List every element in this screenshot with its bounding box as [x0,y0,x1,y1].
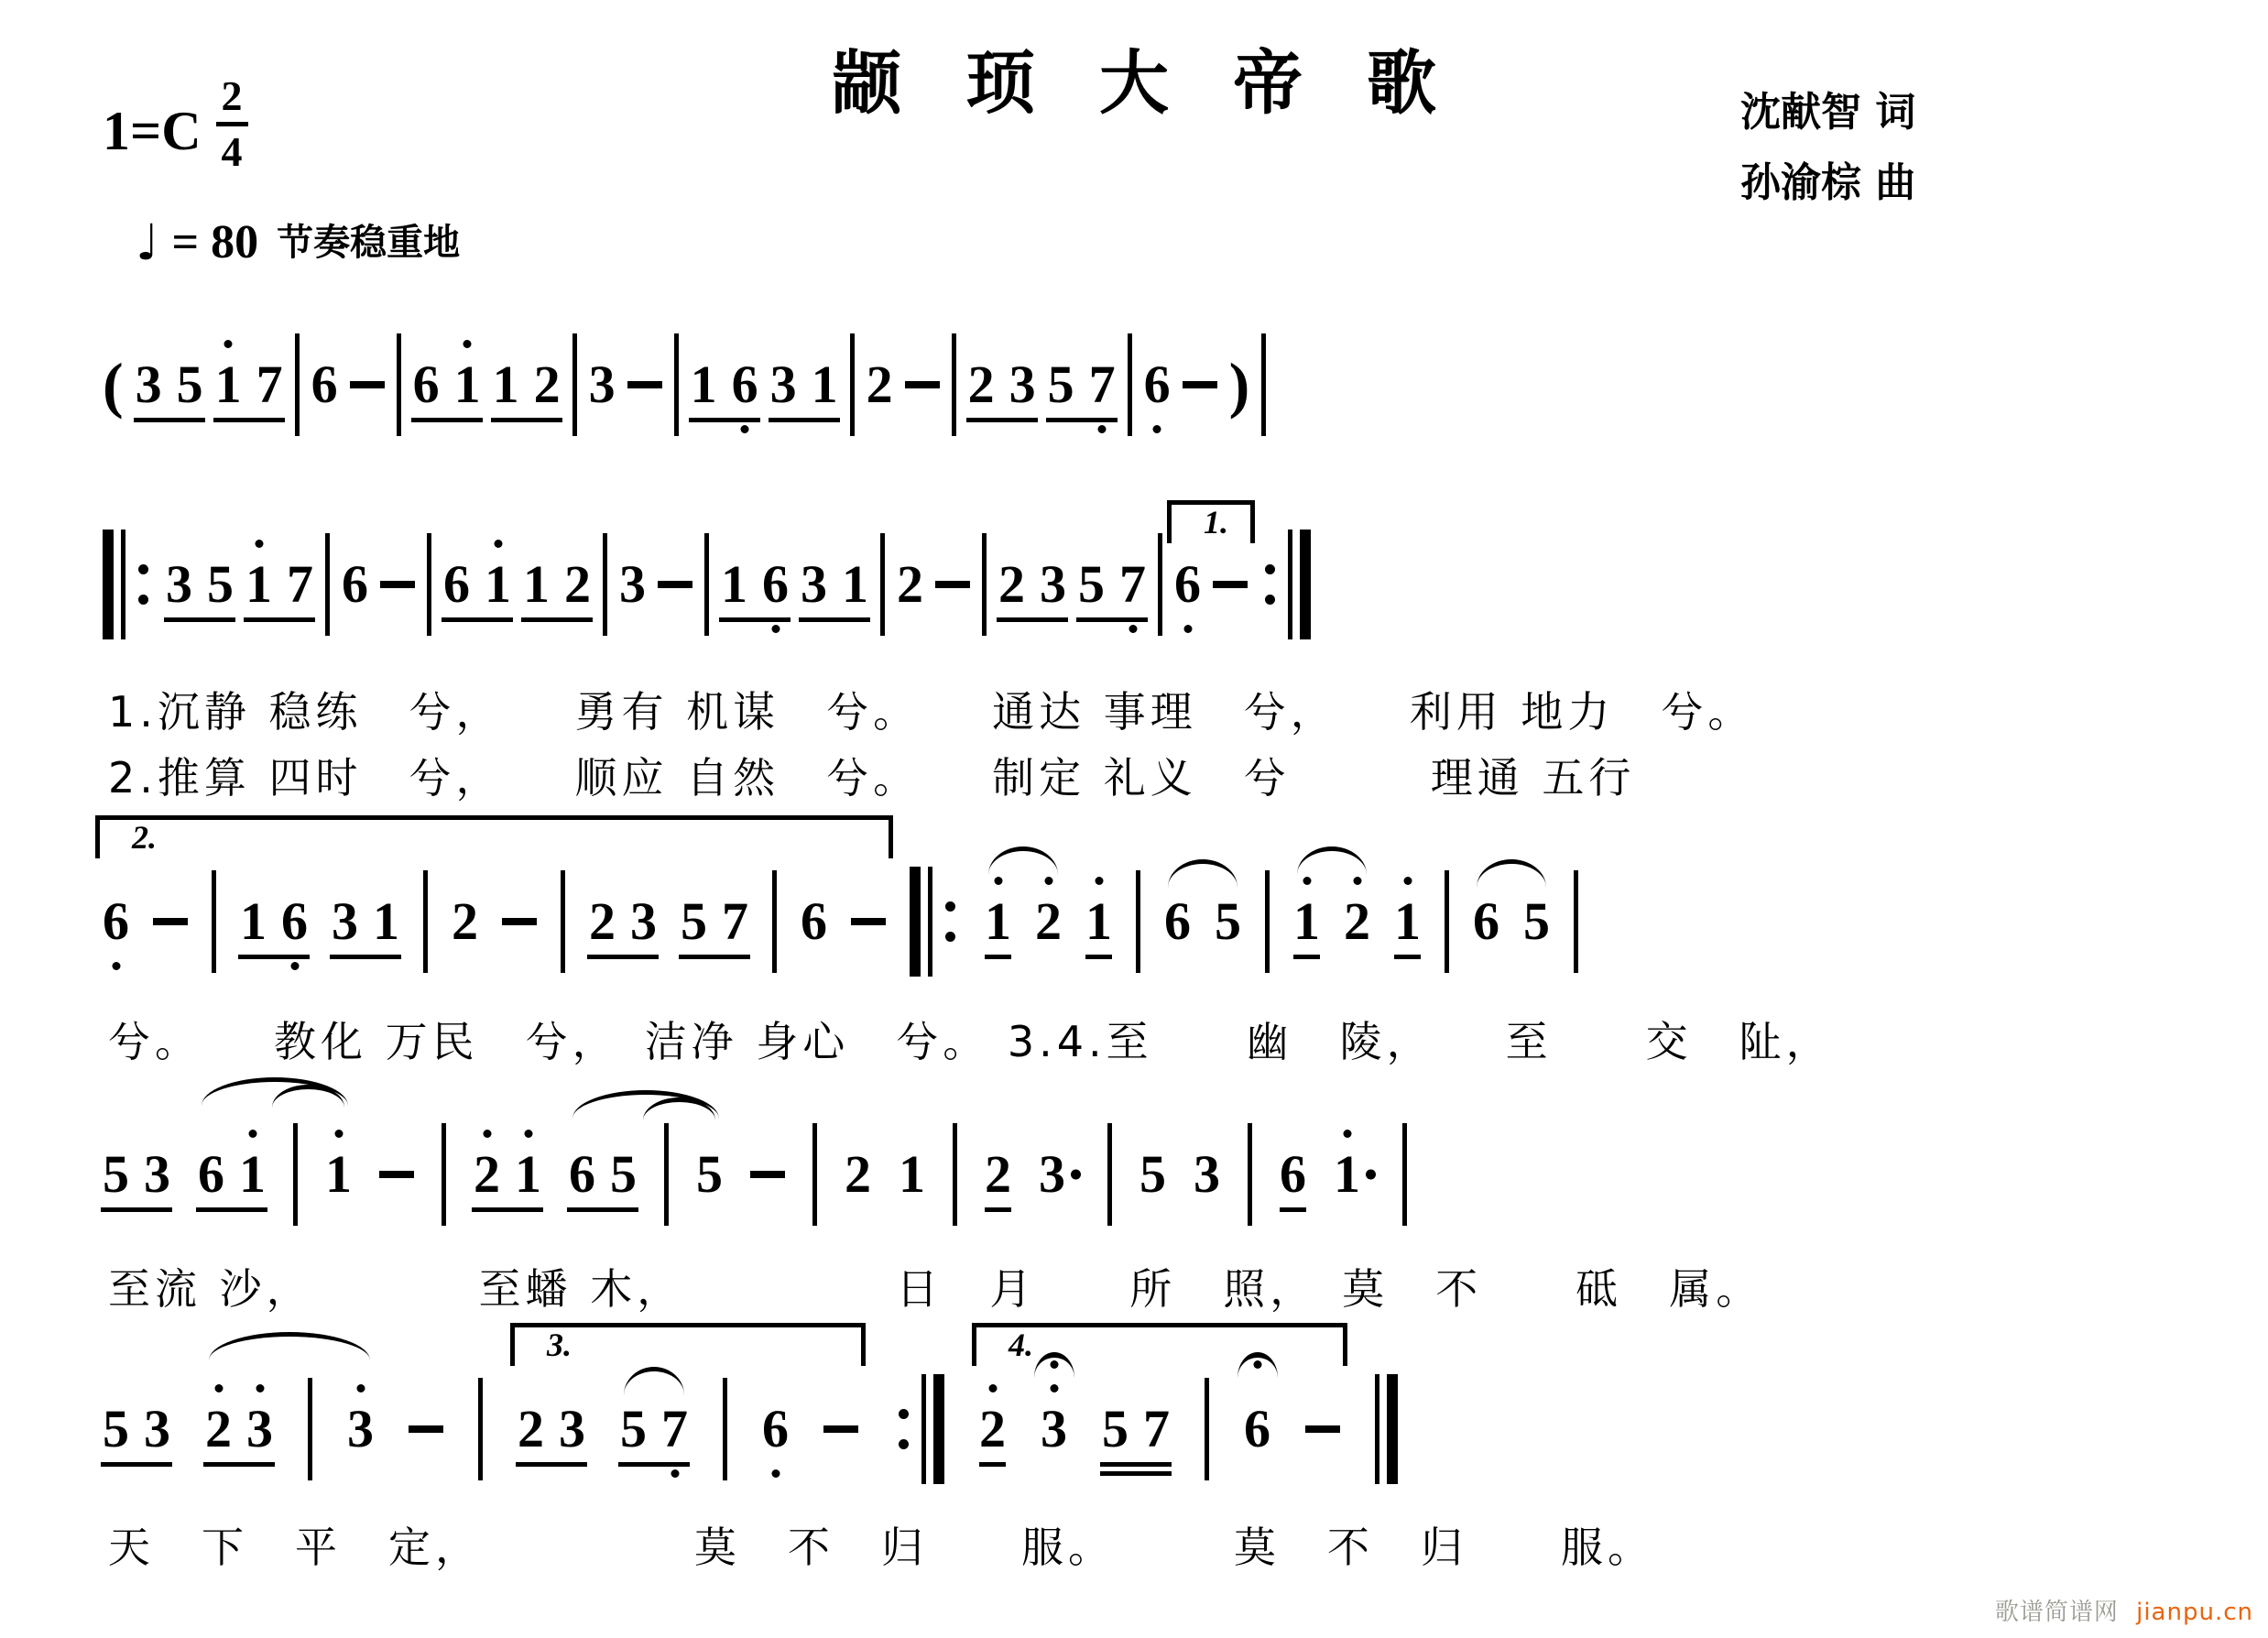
note-1: 1 [454,355,481,414]
note-3: 3 [136,355,162,414]
note-digit: 2 [985,1148,1011,1201]
note-5: 5 [620,1400,647,1458]
note-7: 7 [256,355,283,414]
octave-dot-high [224,340,233,348]
repeat-dot [138,595,148,605]
note-digit: 2 [205,1403,232,1456]
note-3: 3 [332,892,358,951]
barline [880,533,885,636]
octave-dot-low [1183,625,1192,633]
note-1: 1 [515,1145,541,1204]
barline [325,533,330,636]
note-digit: 3 [166,558,192,611]
barline [442,1123,446,1226]
note-7: 7 [1089,355,1116,414]
key-signature: 1=C 2 4 [103,88,248,173]
repeat-dots [138,564,148,605]
note-digit: 1 [721,558,747,611]
note-digit: 7 [287,558,313,611]
score-page: 颛顼大帝歌 1=C 2 4 ♩ = 80 节奏稳重地 沈献智 词 孙渝棕 曲 (… [0,0,2268,1638]
octave-dot-high [1303,877,1311,885]
note-digit: 6 [443,558,470,611]
beam-group: 12 [523,555,591,614]
octave-dot-high [483,1130,491,1138]
barline [293,1123,298,1226]
beam-group: 23 [518,1400,585,1458]
volta-number: 1. [1204,506,1228,539]
note-5: 5 [1048,355,1074,414]
note-6: 6 [443,555,470,614]
octave-dot-low [741,425,749,433]
repeat-dot [945,901,955,912]
note-digit: 3 [144,1148,170,1201]
barline [1445,870,1449,973]
beam-line [997,617,1068,622]
composer-credit: 孙渝棕 曲 [1740,147,1915,218]
time-signature-numerator: 2 [216,75,248,126]
octave-dot-high [494,540,502,548]
note-digit: 3 [589,358,616,411]
note-group: 65 [1164,892,1241,951]
repeat-dot [1265,595,1275,605]
beam-group: 57 [681,892,748,951]
final-barline [1375,1374,1398,1484]
thin-bar [1288,530,1292,639]
note-1: 1 [1394,892,1421,951]
repeat-start-barline [103,530,154,639]
key-label: 1=C [103,104,202,158]
note-3: 3 [144,1400,170,1458]
note-digit: 1 [325,1148,352,1201]
note-3: 3 [1039,1145,1065,1204]
note-digit: 3 [1194,1148,1220,1201]
octave-dot-high [1403,877,1412,885]
note-digit: 1 [215,358,242,411]
barline [478,1378,483,1480]
dash-continuation [379,1171,414,1178]
octave-dot-low [771,625,780,633]
sheet-music-page: { "header": { "title": "颛顼大帝歌", "key_lab… [0,0,2268,1638]
note-digit: 1 [523,558,550,611]
repeat-dot [899,1409,909,1419]
note-1: 1 [1334,1145,1360,1204]
note-digit: 5 [207,558,234,611]
beam-line [1100,1462,1172,1467]
thin-bar [921,1374,926,1484]
beam-line [101,1207,172,1212]
note-digit: 6 [732,358,758,411]
beam-line [521,617,593,622]
note-1: 1 [812,355,838,414]
beam-line [196,1207,267,1212]
note-3: 3 [770,355,797,414]
note-5: 5 [103,1400,129,1458]
note-6: 6 [1280,1145,1306,1204]
volta-group: 616312235762. [103,870,886,973]
dash-continuation [905,381,940,388]
note-1: 1 [215,355,242,414]
barline [704,533,709,636]
watermark-site-url: jianpu.cn [2136,1599,2253,1626]
note-digit: 5 [1078,558,1105,611]
thin-bar [1375,1374,1379,1484]
note-6: 6 [569,1145,595,1204]
note-digit: 6 [569,1148,595,1201]
octave-dot-low [771,1469,780,1478]
repeat-dot [899,1439,909,1449]
note-1: 1 [325,1145,352,1204]
beam-group: 57 [1102,1400,1170,1458]
beam-line [587,955,659,959]
beam-group: 57 [1078,555,1146,614]
note-digit: 2 [534,358,561,411]
note-digit: 5 [620,1403,647,1456]
note-7: 7 [722,892,748,951]
lyricist-credit: 沈献智 词 [1740,77,1915,147]
slur-arc [1168,859,1238,888]
beam-group: 35 [136,355,203,414]
beam-group: 35 [166,555,234,614]
beam-line [164,617,235,622]
note-1: 1 [245,555,272,614]
volta-number: 3. [547,1328,572,1361]
slur-arc [624,1367,684,1395]
octave-dot-low [1153,425,1161,433]
barline [1158,533,1162,636]
beam-line [134,418,205,422]
note-digit: 3 [1039,1148,1065,1201]
dash-continuation [502,918,537,925]
note-digit: 5 [177,358,203,411]
note-2: 2 [985,1145,1011,1204]
note-digit: 3 [630,895,657,948]
octave-dot-high [1353,877,1361,885]
note-digit: 5 [1102,1403,1129,1456]
note-group: 12 [985,892,1062,951]
barline [603,533,607,636]
note-1: 1 [239,1145,266,1204]
repeat-end-barline [893,1374,944,1484]
note-6: 6 [762,555,789,614]
beam-group: 12 [493,355,561,414]
note-digit: 7 [1089,358,1116,411]
note-2: 2 [979,1400,1006,1458]
barline [1265,870,1270,973]
octave-dot-low [290,962,299,970]
beam-group: 53 [103,1400,170,1458]
note-3: 3 [559,1400,585,1458]
note-2: 2 [998,555,1025,614]
credits: 沈献智 词 孙渝棕 曲 [1740,77,1915,218]
note-digit: 6 [103,895,129,948]
volta-bracket [95,815,893,858]
note-2: 2 [589,892,616,951]
beam-line-2 [1100,1471,1172,1476]
note-digit: 1 [493,358,519,411]
beam-line [238,955,310,959]
repeat-end-barline [1259,530,1311,639]
note-digit: 1 [1394,895,1421,948]
barline [664,1123,669,1226]
octave-dot-high [463,340,472,348]
note-7: 7 [661,1400,688,1458]
note-digit: 2 [564,558,591,611]
note-digit: 7 [1143,1403,1170,1456]
barline [812,1123,817,1226]
note-6: 6 [1244,1400,1270,1458]
music-system-verse: 351766112316312235761. [103,467,2268,671]
dash-continuation [935,581,970,588]
note-5: 5 [1215,892,1241,951]
note-digit: 3 [619,558,646,611]
note-digit: 3 [1040,558,1066,611]
note-6: 6 [198,1145,224,1204]
note-5: 5 [207,555,234,614]
beam-line [213,418,285,422]
note-1: 1 [899,1145,925,1204]
tempo-marking: ♩ = 80 节奏稳重地 [136,218,460,268]
note-digit: 2 [867,358,893,411]
note-digit: 5 [1139,1148,1166,1201]
slur-arc [1477,859,1546,888]
note-group: 655 [569,1123,723,1226]
barline [1574,870,1578,973]
note-digit: 3 [144,1403,170,1456]
note-3: 3 [347,1400,374,1458]
note-digit: 2 [452,895,478,948]
beam-group: 61 [198,1145,266,1204]
barline [423,870,428,973]
beam-group: 16 [691,355,758,414]
note-1: 1 [1085,892,1112,951]
octave-dot-high [1343,1130,1351,1138]
note-6: 6 [1174,555,1201,614]
beam-group: 57 [1048,355,1116,414]
octave-dot-high [994,877,1002,885]
note-digit: 2 [518,1403,544,1456]
note-3: 3 [619,555,646,614]
barline [1128,333,1132,436]
dash-continuation [658,581,692,588]
beam-line [472,1207,543,1212]
note-digit: 6 [413,358,440,411]
beam-line [679,955,750,959]
note-5: 5 [1139,1145,1166,1204]
volta-number: 2. [132,821,157,854]
note-2: 2 [1035,892,1062,951]
note-digit: 7 [1119,558,1146,611]
note-digit: 1 [812,358,838,411]
beam-line [330,955,401,959]
note-5: 5 [681,892,707,951]
note-1: 1 [373,892,399,951]
note-digit: 6 [1174,558,1201,611]
beam-line [411,418,483,422]
note-digit: 3 [770,358,797,411]
note-3: 3 [589,355,616,414]
barline [674,333,679,436]
octave-dot-high [214,1384,223,1392]
tempo-bpm: = 80 [171,219,258,267]
barline [561,870,565,973]
beam-line [567,1207,638,1212]
note-5: 5 [1078,555,1105,614]
note-digit: 5 [681,895,707,948]
beam-group: 23 [589,892,657,951]
volta-number: 4. [1009,1328,1033,1361]
note-6: 6 [103,892,129,951]
note-group: 611 [198,1123,352,1226]
note-digit: 2 [589,895,616,948]
note-digit: 3 [246,1403,273,1456]
barline [723,1378,727,1480]
note-digit: 6 [762,558,789,611]
note-digit: 6 [198,1148,224,1201]
note-digit: 3 [136,358,162,411]
note-group: 233 [205,1378,374,1480]
note-digit: 6 [281,895,308,948]
note-5: 5 [103,1145,129,1204]
octave-dot-high [524,1130,532,1138]
time-signature: 2 4 [216,75,248,173]
slur-arc [209,1332,370,1360]
beam-group: 61 [443,555,511,614]
note-digit: 1 [485,558,511,611]
beam-line [799,617,870,622]
note-3: 3 [801,555,827,614]
beam-group: 16 [240,892,308,951]
lyrics-line-5: 天 下 平 定， 莫 不 归 服。 莫 不 归 服。 [108,1526,2268,1568]
barline [427,533,431,636]
note-2: 2 [968,355,995,414]
note-digit: 6 [342,558,368,611]
octave-dot-high [256,1384,264,1392]
beam-group: 21 [474,1145,541,1204]
dash-continuation [627,381,662,388]
slur-arc [1297,846,1367,875]
barline [397,333,401,436]
volta-group: 235764. [979,1378,1340,1480]
beam-line [203,1462,275,1467]
dash-continuation [1183,381,1217,388]
note-group: 12 [1293,892,1370,951]
beam-line [516,1462,587,1467]
note-6: 6 [281,892,308,951]
score-header: 颛顼大帝歌 1=C 2 4 ♩ = 80 节奏稳重地 沈献智 词 孙渝棕 曲 [0,0,2268,321]
note-2: 2 [534,355,561,414]
note-6: 6 [762,1400,789,1458]
note-3: 3 [246,1400,273,1458]
repeat-dot [138,564,148,574]
thick-bar [1387,1374,1398,1484]
note-1: 1 [240,892,267,951]
note-digit: 6 [801,895,827,948]
beam-group: 17 [245,555,313,614]
intro-paren-open: ( [103,354,124,416]
note-6: 6 [1144,355,1171,414]
dash-continuation [409,1425,443,1433]
lyrics-verse-2: 2.推算 四时 兮， 顺应 自然 兮。 制定 礼义 兮 理通 五行 [108,757,2268,799]
beam-group: 57 [620,1400,688,1458]
note-digit: 1 [245,558,272,611]
note-digit: 2 [998,558,1025,611]
note-2: 2 [897,555,923,614]
note-digit: 3 [332,895,358,948]
note-1: 1 [1293,892,1320,951]
note-6: 6 [413,355,440,414]
note-1: 1 [523,555,550,614]
note-5: 5 [1102,1400,1129,1458]
beam-line [769,418,840,422]
octave-dot-high [248,1130,256,1138]
repeat-dot [1265,564,1275,574]
barline [295,333,300,436]
repeat-start-barline [910,867,961,977]
note-2: 2 [474,1145,500,1204]
note-digit: 5 [1215,895,1241,948]
tempo-expression: 节奏稳重地 [277,224,460,261]
note-digit: 3 [801,558,827,611]
thick-bar [910,867,921,977]
thin-bar [121,530,125,639]
time-signature-denominator: 4 [222,131,243,173]
note-digit: 2 [979,1403,1006,1456]
note-digit: 2 [1035,895,1062,948]
repeat-dots [945,901,955,942]
note-digit: 2 [845,1148,871,1201]
octave-dot-low [671,1469,679,1478]
barline [953,1123,957,1226]
volta-group: 235763. [518,1378,858,1480]
note-5: 5 [1523,892,1550,951]
dash-continuation [851,918,886,925]
beam-line [101,1462,172,1467]
beam-group: 31 [332,892,399,951]
barline [1205,1378,1209,1480]
note-digit: 1 [1334,1148,1360,1201]
octave-dot-low [1098,425,1107,433]
note-digit: 3 [559,1403,585,1456]
note-digit: 6 [1144,358,1171,411]
beam-line [618,1462,690,1467]
beam-line [1046,418,1118,422]
note-digit: 7 [722,895,748,948]
beam-line [719,617,791,622]
note-6: 6 [1164,892,1191,951]
barline [1136,870,1140,973]
thick-bar [933,1374,944,1484]
octave-dot-high [1050,1384,1058,1392]
note-3: 3 [630,892,657,951]
octave-dot-high [1095,877,1103,885]
note-2: 2 [564,555,591,614]
note-2: 2 [845,1145,871,1204]
song-title: 颛顼大帝歌 [0,27,2268,127]
note-7: 7 [1143,1400,1170,1458]
note-digit: 3 [1041,1403,1067,1456]
barline [308,1378,312,1480]
barline [1248,1123,1252,1226]
note-digit: 6 [1164,895,1191,948]
intro-paren-close: ) [1229,354,1250,416]
dash-continuation [1213,581,1248,588]
note-digit: 1 [842,558,868,611]
octave-dot-high [334,1130,343,1138]
note-digit: 1 [899,1148,925,1201]
lyrics-verse-1: 1.沉静 稳练 兮， 勇有 机谋 兮。 通达 事理 兮， 利用 地力 兮。 [108,691,2268,733]
note-digit: 2 [897,558,923,611]
beam-group: 61 [413,355,481,414]
